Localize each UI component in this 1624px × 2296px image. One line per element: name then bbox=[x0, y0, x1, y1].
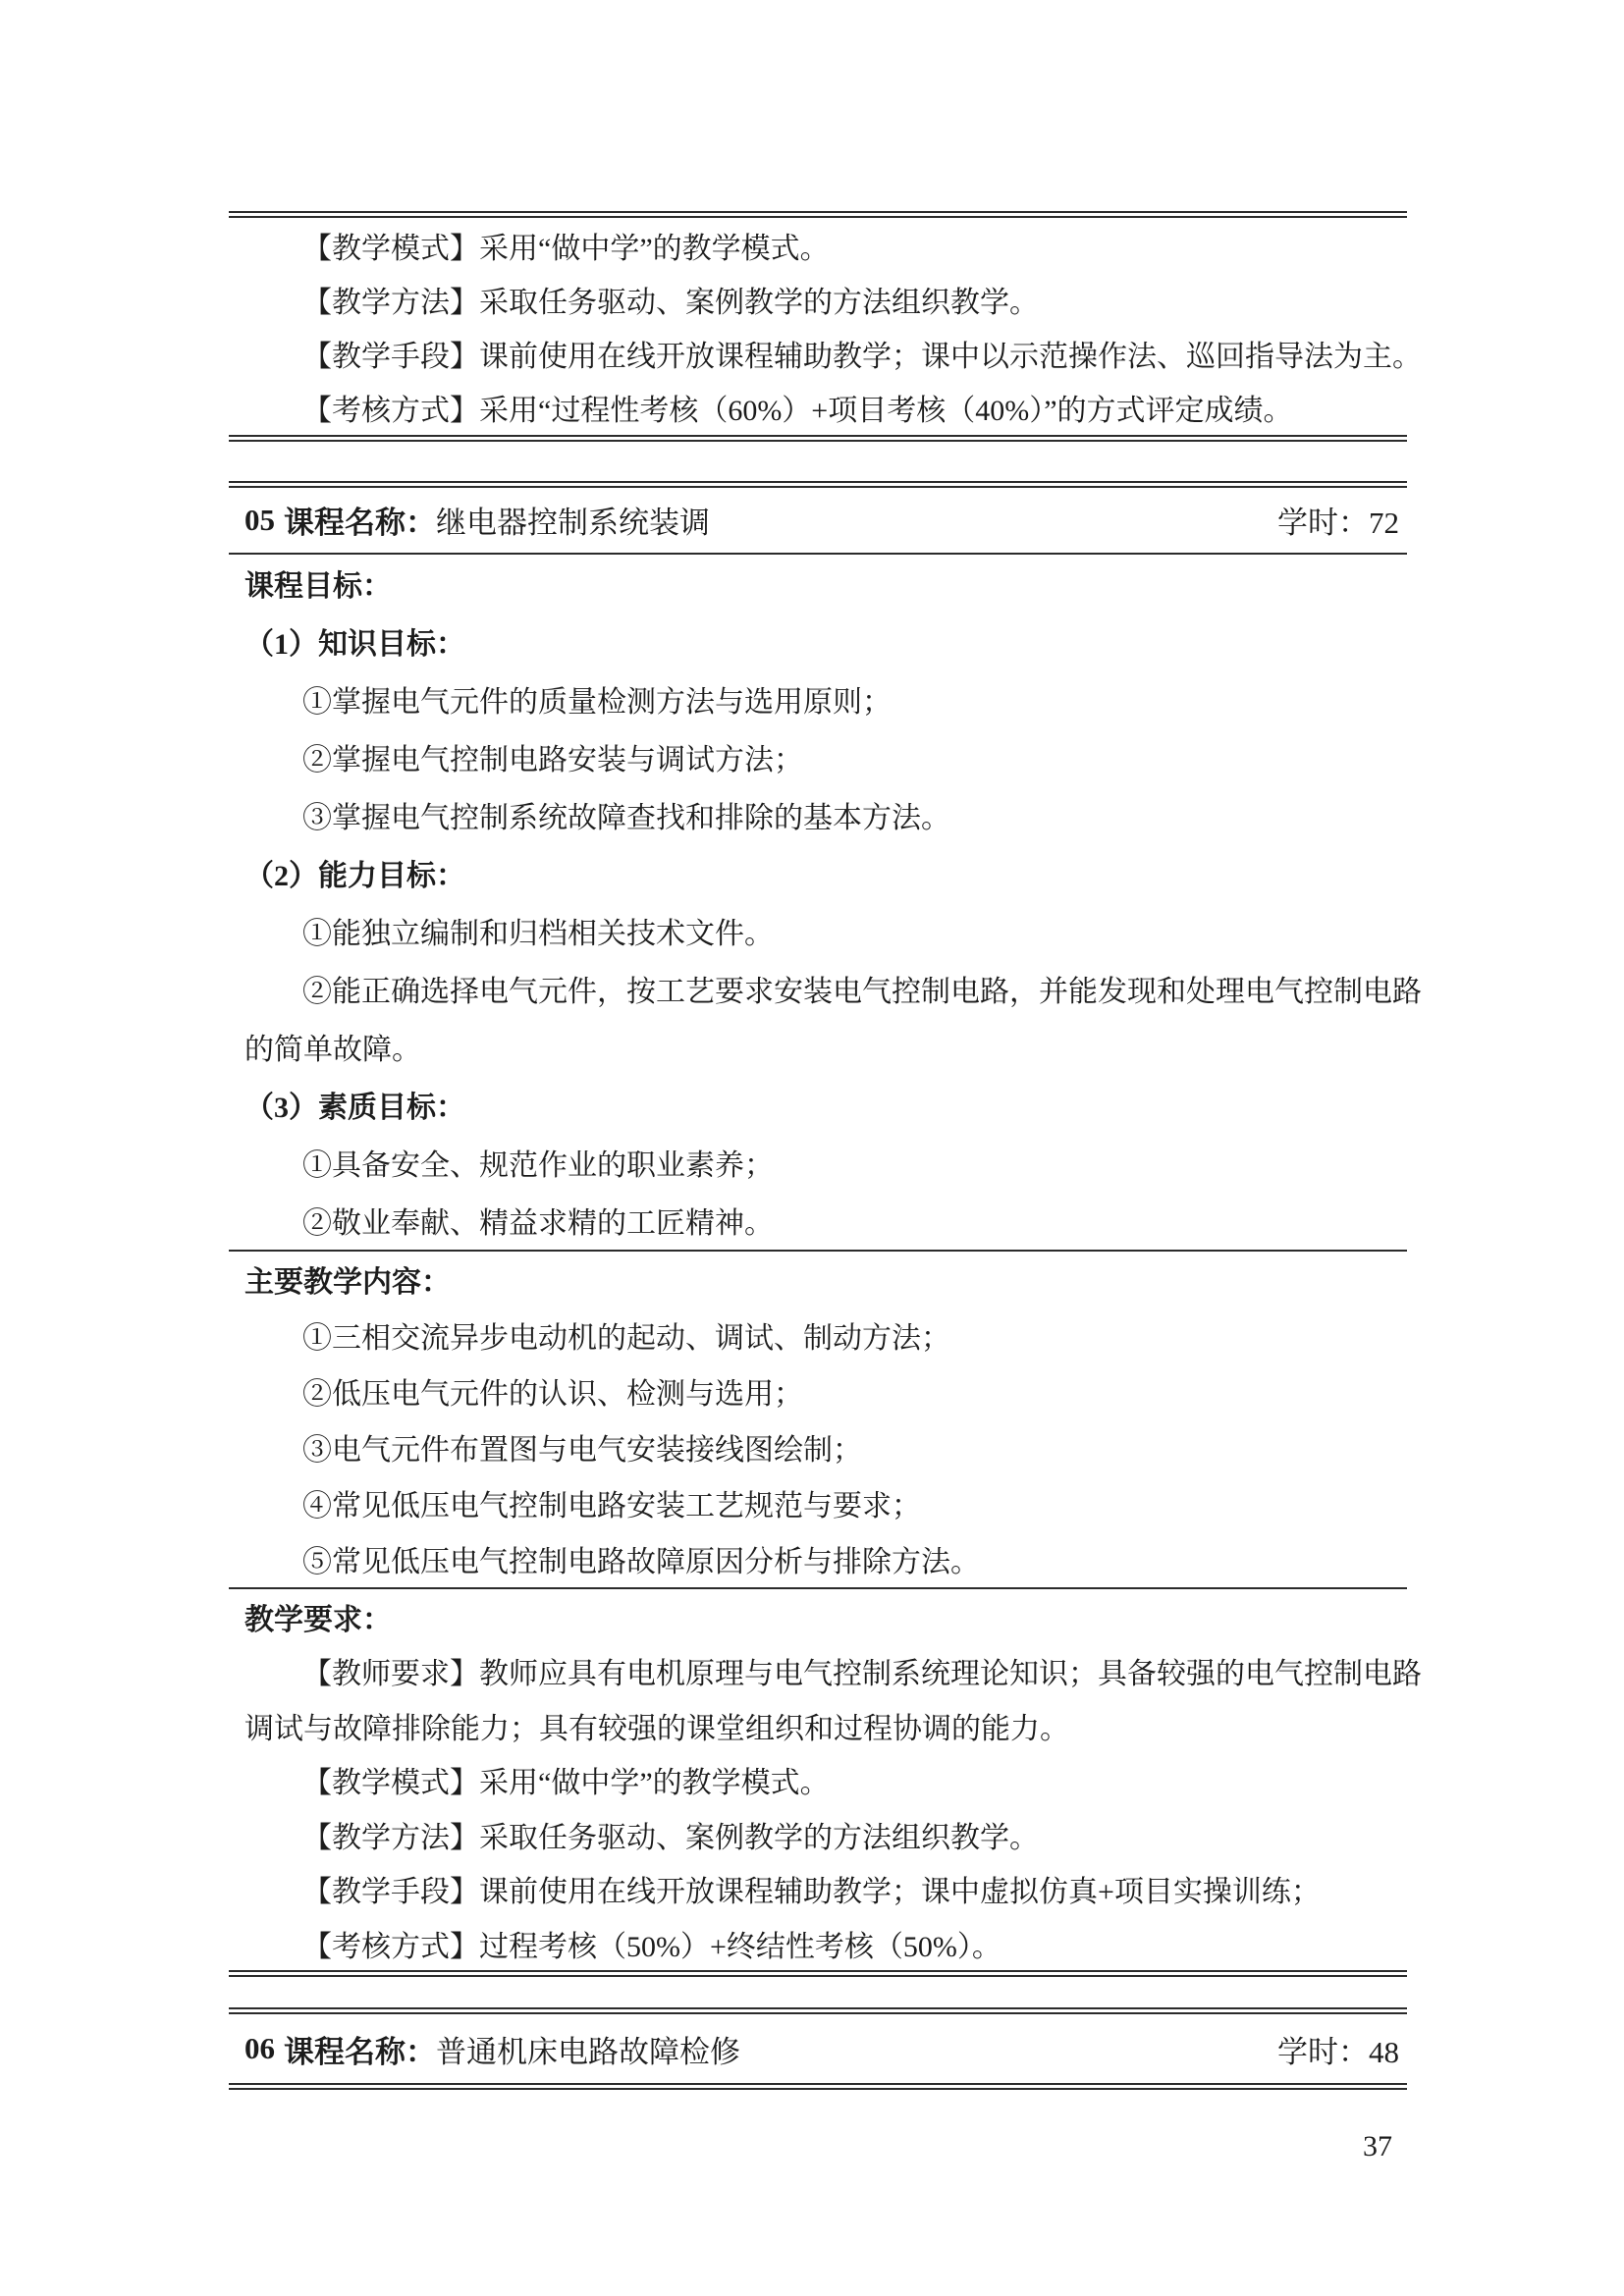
table-04-bottom-border bbox=[229, 435, 1407, 442]
course-title: 普通机床电路故障检修 bbox=[436, 2027, 740, 2071]
course-04-fragment: 【教学模式】采用“做中学”的教学模式。 【教学方法】采取任务驱动、案例教学的方法… bbox=[229, 218, 1407, 435]
course-05-header-row: 05 课程名称： 继电器控制系统装调 学时：72 bbox=[229, 488, 1407, 553]
table-gap bbox=[229, 442, 1407, 481]
course-number: 06 bbox=[244, 2031, 275, 2066]
paragraph-line: 【教学手段】课前使用在线开放课程辅助教学；课中虚拟仿真+项目实操训练； bbox=[244, 1861, 1400, 1916]
list-item: ①掌握电气元件的质量检测方法与选用原则； bbox=[244, 670, 1400, 728]
paragraph-line: 【教学方法】采取任务驱动、案例教学的方法组织教学。 bbox=[244, 272, 1400, 326]
section-heading: 课程目标： bbox=[244, 555, 1400, 613]
document-page: 【教学模式】采用“做中学”的教学模式。 【教学方法】采取任务驱动、案例教学的方法… bbox=[0, 0, 1624, 2296]
list-item: ③电气元件布置图与电气安装接线图绘制； bbox=[244, 1419, 1400, 1475]
course-05-hours-group: 学时：72 bbox=[1277, 498, 1399, 542]
table-04-top-border bbox=[229, 211, 1407, 218]
list-item: ④常见低压电气控制电路安装工艺规范与要求； bbox=[244, 1475, 1400, 1531]
course-06-name-group: 06 课程名称： 普通机床电路故障检修 bbox=[244, 2027, 740, 2071]
section-heading: 主要教学内容： bbox=[244, 1252, 1400, 1308]
course-name-label: 课程名称： bbox=[284, 2027, 436, 2071]
table-05-top-border bbox=[229, 481, 1407, 488]
list-item: ①三相交流异步电动机的起动、调试、制动方法； bbox=[244, 1308, 1400, 1363]
subsection-heading: （1）知识目标： bbox=[244, 613, 1400, 670]
list-item: ②低压电气元件的认识、检测与选用； bbox=[244, 1363, 1400, 1419]
page-number: 37 bbox=[1363, 2130, 1392, 2163]
page-content: 【教学模式】采用“做中学”的教学模式。 【教学方法】采取任务驱动、案例教学的方法… bbox=[229, 0, 1407, 2163]
table-05-bottom-border bbox=[229, 1970, 1407, 1977]
course-05-requirements: 教学要求： 【教师要求】教师应具有电机原理与电气控制系统理论知识；具备较强的电气… bbox=[229, 1589, 1407, 1971]
course-06-header-row: 06 课程名称： 普通机床电路故障检修 学时：48 bbox=[229, 2014, 1407, 2083]
paragraph-line: 【教学模式】采用“做中学”的教学模式。 bbox=[244, 1752, 1400, 1807]
paragraph-line: 【教师要求】教师应具有电机原理与电气控制系统理论知识；具备较强的电气控制电路 bbox=[244, 1643, 1400, 1698]
table-gap bbox=[229, 1977, 1407, 2007]
table-06-top-border bbox=[229, 2007, 1407, 2014]
paragraph-line: 【教学方法】采取任务驱动、案例教学的方法组织教学。 bbox=[244, 1807, 1400, 1862]
paragraph-line: 【教学手段】课前使用在线开放课程辅助教学；课中以示范操作法、巡回指导法为主。 bbox=[244, 326, 1400, 380]
paragraph-line: 【考核方式】过程考核（50%）+终结性考核（50%）。 bbox=[244, 1916, 1400, 1971]
hours-label: 学时： bbox=[1277, 506, 1369, 540]
hours-value: 72 bbox=[1369, 506, 1399, 540]
table-06-bottom-border bbox=[229, 2083, 1407, 2090]
list-item-continuation: 的简单故障。 bbox=[244, 1018, 1400, 1076]
paragraph-line: 【教学模式】采用“做中学”的教学模式。 bbox=[244, 218, 1400, 272]
hours-label: 学时： bbox=[1277, 2035, 1369, 2069]
section-heading: 教学要求： bbox=[244, 1589, 1400, 1644]
list-item: ③掌握电气控制系统故障查找和排除的基本方法。 bbox=[244, 786, 1400, 844]
course-05-name-group: 05 课程名称： 继电器控制系统装调 bbox=[244, 498, 710, 542]
paragraph-line: 【考核方式】采用“过程性考核（60%）+项目考核（40%）”的方式评定成绩。 bbox=[244, 381, 1400, 435]
list-item: ①具备安全、规范作业的职业素养； bbox=[244, 1134, 1400, 1192]
page-footer: 37 bbox=[229, 2130, 1407, 2163]
hours-value: 48 bbox=[1369, 2035, 1399, 2069]
course-05-objectives: 课程目标： （1）知识目标： ①掌握电气元件的质量检测方法与选用原则； ②掌握电… bbox=[229, 555, 1407, 1250]
list-item: ②掌握电气控制电路安装与调试方法； bbox=[244, 728, 1400, 786]
top-margin bbox=[229, 0, 1407, 211]
course-06-hours-group: 学时：48 bbox=[1277, 2027, 1399, 2071]
course-number: 05 bbox=[244, 503, 275, 538]
subsection-heading: （2）能力目标： bbox=[244, 844, 1400, 902]
list-item: ②敬业奉献、精益求精的工匠精神。 bbox=[244, 1192, 1400, 1250]
course-title: 继电器控制系统装调 bbox=[436, 498, 710, 542]
list-item: ⑤常见低压电气控制电路故障原因分析与排除方法。 bbox=[244, 1531, 1400, 1587]
paragraph-line-continuation: 调试与故障排除能力；具有较强的课堂组织和过程协调的能力。 bbox=[244, 1698, 1400, 1753]
subsection-heading: （3）素质目标： bbox=[244, 1076, 1400, 1134]
course-05-teaching-content: 主要教学内容： ①三相交流异步电动机的起动、调试、制动方法； ②低压电气元件的认… bbox=[229, 1252, 1407, 1587]
course-name-label: 课程名称： bbox=[284, 498, 436, 542]
list-item: ②能正确选择电气元件，按工艺要求安装电气控制电路，并能发现和处理电气控制电路 bbox=[244, 960, 1400, 1018]
list-item: ①能独立编制和归档相关技术文件。 bbox=[244, 902, 1400, 960]
